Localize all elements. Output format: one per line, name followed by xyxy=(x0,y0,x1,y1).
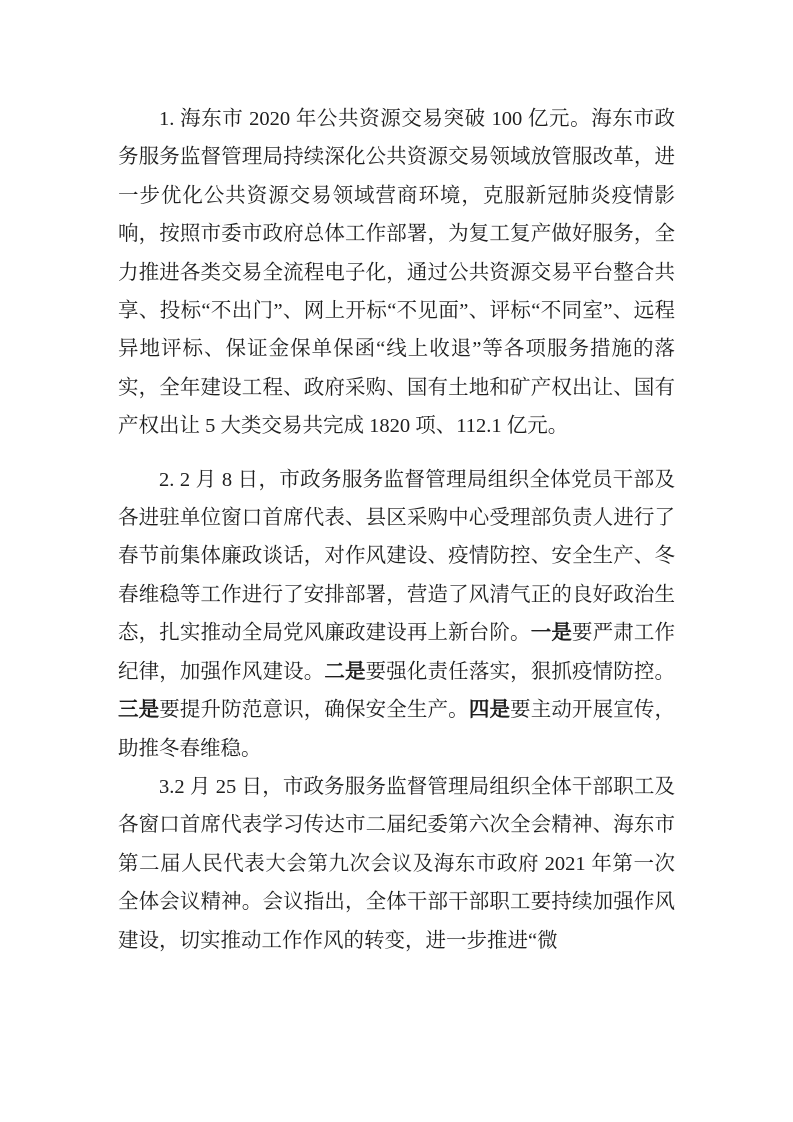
text-run: 要强化责任落实，狠抓疫情防控。 xyxy=(366,661,675,683)
document-page: 1. 海东市 2020 年公共资源交易突破 100 亿元。海东市政务服务监督管理… xyxy=(0,0,793,1122)
text-run: 1. 海东市 2020 年公共资源交易突破 100 亿元。海东市政务服务监督管理… xyxy=(118,108,675,437)
document-text-block: 1. 海东市 2020 年公共资源交易突破 100 亿元。海东市政务服务监督管理… xyxy=(118,100,675,960)
text-run: 要提升防范意识，确保安全生产。 xyxy=(159,699,469,721)
bold-emphasis-run: 四是 xyxy=(469,699,510,721)
paragraph-item-2: 2. 2 月 8 日，市政务服务监督管理局组织全体党员干部及各进驻单位窗口首席代… xyxy=(118,461,675,768)
bold-emphasis-run: 二是 xyxy=(324,661,365,683)
text-run: 2. 2 月 8 日，市政务服务监督管理局组织全体党员干部及各进驻单位窗口首席代… xyxy=(118,469,675,645)
bold-emphasis-run: 三是 xyxy=(118,699,159,721)
bold-emphasis-run: 一是 xyxy=(531,622,572,644)
paragraph-item-3: 3.2 月 25 日，市政务服务监督管理局组织全体干部职工及各窗口首席代表学习传… xyxy=(118,768,675,960)
paragraph-item-1: 1. 海东市 2020 年公共资源交易突破 100 亿元。海东市政务服务监督管理… xyxy=(118,100,675,446)
text-run: 3.2 月 25 日，市政务服务监督管理局组织全体干部职工及各窗口首席代表学习传… xyxy=(118,776,675,952)
